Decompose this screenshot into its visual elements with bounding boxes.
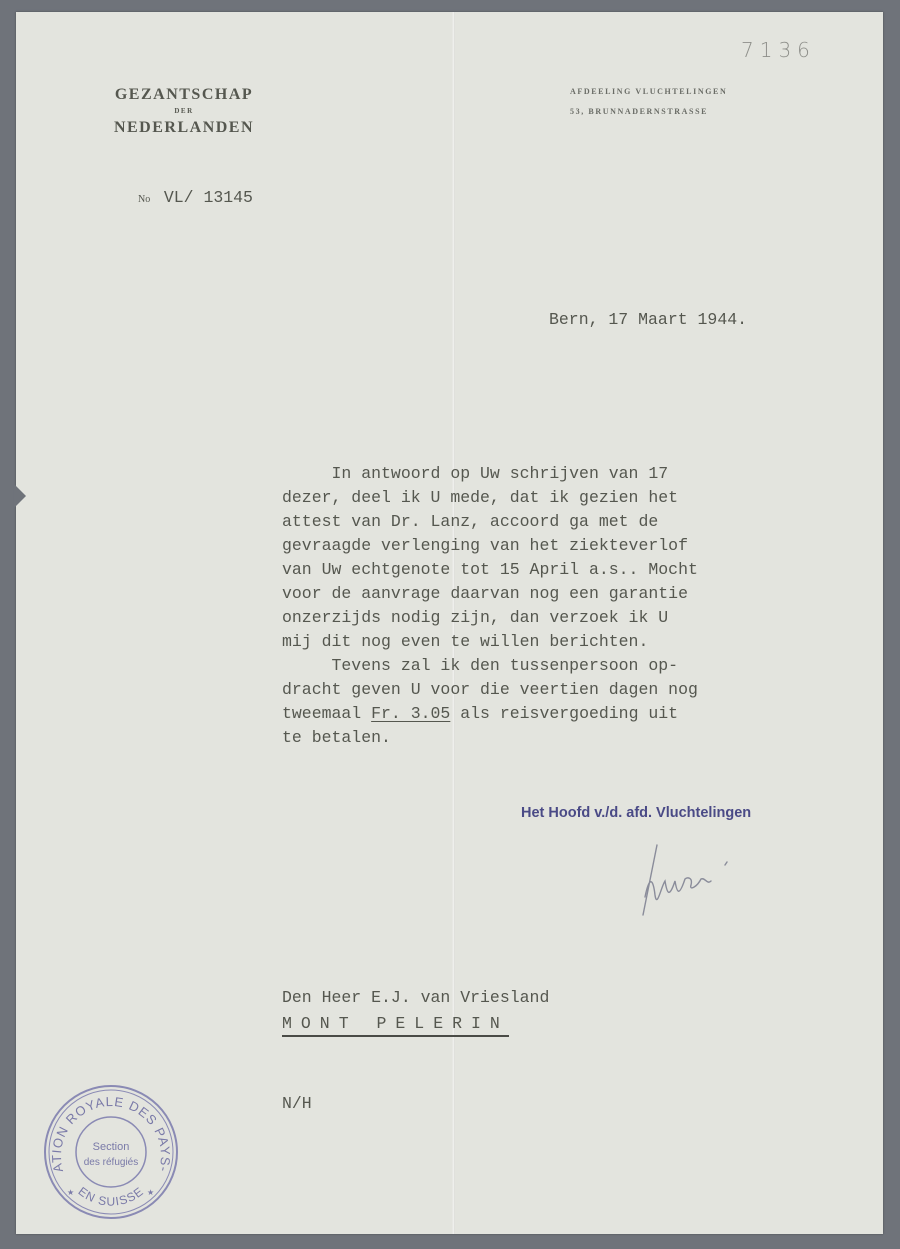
recipient-location-text: MONT PELERIN [282, 1014, 509, 1037]
svg-text:EN SUISSE: EN SUISSE [76, 1184, 147, 1209]
department-header: AFDEELING VLUCHTELINGEN 53, BRUNNADERNST… [570, 82, 727, 122]
reference-number: No VL/ 13145 [138, 186, 253, 210]
paper-tear [14, 484, 26, 508]
body-line: van Uw echtgenote tot 15 April a.s.. Moc… [282, 558, 698, 582]
letterhead-line2: DER [94, 107, 274, 115]
signature-stamp: Het Hoofd v./d. afd. Vluchtelingen [521, 805, 751, 821]
department-address: 53, BRUNNADERNSTRASSE [570, 102, 727, 122]
body-line: tweemaal Fr. 3.05 als reisvergoeding uit [282, 702, 698, 726]
recipient-location: MONT PELERIN [282, 1012, 509, 1036]
official-seal: LÉGATION ROYALE DES PAYS-BAS EN SUISSE ★… [41, 1082, 181, 1227]
letterhead-line3: NEDERLANDEN [94, 119, 274, 137]
place-date: Bern, 17 Maart 1944. [549, 308, 747, 332]
recipient-name: Den Heer E.J. van Vriesland [282, 986, 549, 1010]
seal-inner-line2: des réfugiés [84, 1157, 138, 1168]
amount-underlined: Fr. 3.05 [371, 704, 450, 723]
body-line: attest van Dr. Lanz, accoord ga met de [282, 510, 698, 534]
archive-number: 7136 [741, 38, 816, 62]
handwritten-signature [631, 837, 751, 922]
typist-initials: N/H [282, 1092, 312, 1116]
body-line: dezer, deel ik U mede, dat ik gezien het [282, 486, 698, 510]
department-name: AFDEELING VLUCHTELINGEN [570, 82, 727, 102]
svg-text:★: ★ [67, 1188, 74, 1197]
letterhead-line1: GEZANTSCHAP [94, 86, 274, 104]
body-line: onzerzijds nodig zijn, dan verzoek ik U [282, 606, 698, 630]
body-text: als reisvergoeding uit [450, 704, 678, 723]
body-line: mij dit nog even te willen berichten. [282, 630, 698, 654]
reference-prefix: No [138, 194, 150, 205]
body-text: tweemaal [282, 704, 371, 723]
body-line: In antwoord op Uw schrijven van 17 [282, 462, 698, 486]
body-line: Tevens zal ik den tussenpersoon op- [282, 654, 698, 678]
body-line: voor de aanvrage daarvan nog een garanti… [282, 582, 698, 606]
reference-value: VL/ 13145 [164, 188, 253, 207]
body-line: gevraagde verlenging van het ziekteverlo… [282, 534, 698, 558]
seal-bottom-text: EN SUISSE [76, 1184, 147, 1209]
body-line: te betalen. [282, 726, 698, 750]
body-line: dracht geven U voor die veertien dagen n… [282, 678, 698, 702]
letter-body: In antwoord op Uw schrijven van 17 dezer… [282, 462, 698, 750]
letter-page: 7136 GEZANTSCHAP DER NEDERLANDEN AFDEELI… [16, 12, 883, 1234]
svg-text:★: ★ [147, 1188, 154, 1197]
seal-stamp-icon: LÉGATION ROYALE DES PAYS-BAS EN SUISSE ★… [41, 1082, 181, 1222]
letterhead: GEZANTSCHAP DER NEDERLANDEN [94, 86, 274, 137]
seal-inner-line1: Section [93, 1141, 130, 1153]
